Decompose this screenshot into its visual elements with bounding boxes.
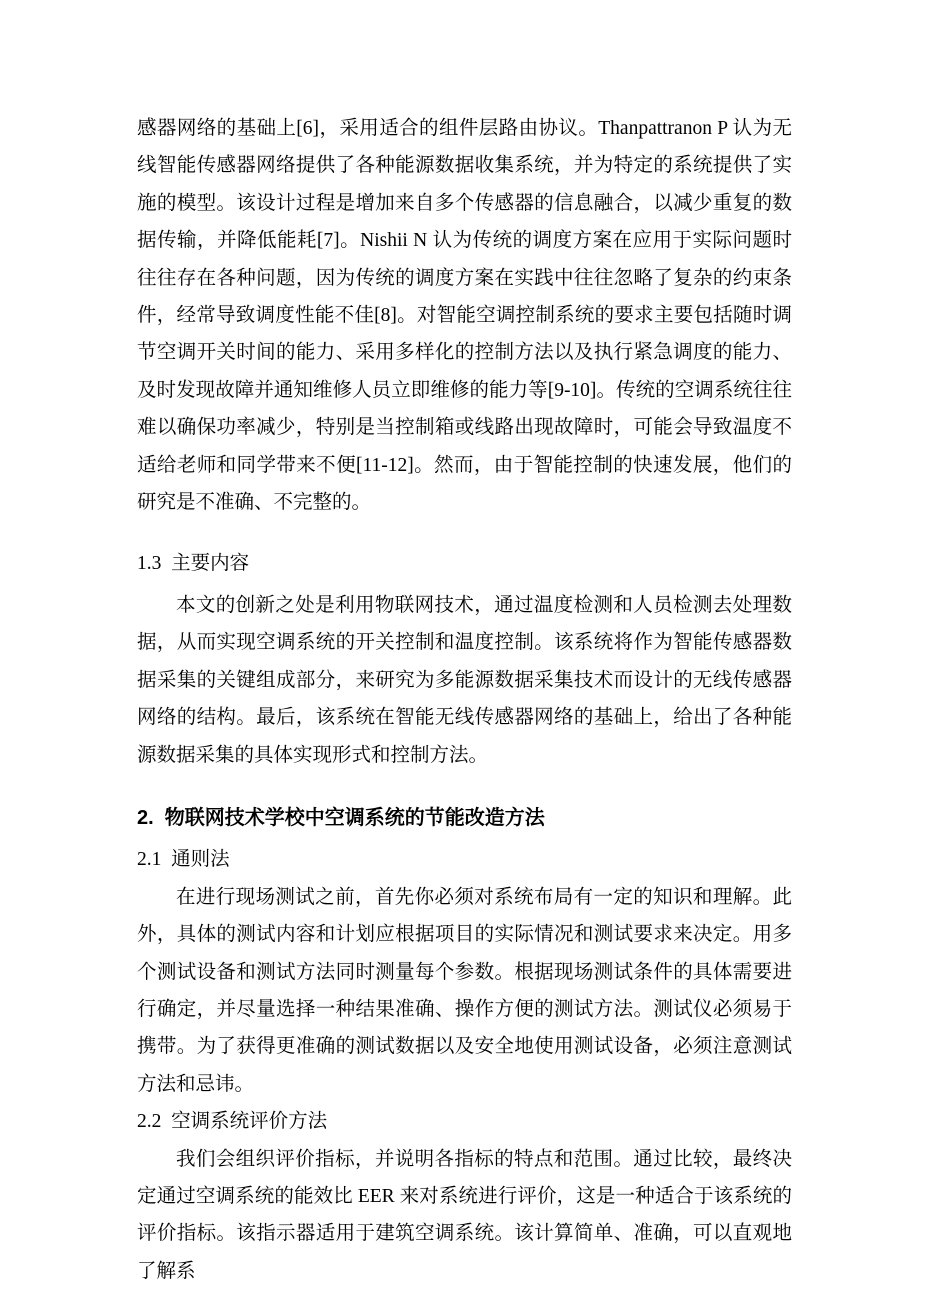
heading-section-2-2: 2.2 空调系统评价方法 bbox=[137, 1103, 792, 1140]
paragraph-evaluation-method: 我们会组织评价指标，并说明各指标的特点和范围。通过比较，最终决定通过空调系统的能… bbox=[137, 1141, 792, 1291]
heading-section-2-1: 2.1 通则法 bbox=[137, 841, 792, 878]
text-body: 感器网络的基础上[6]，采用适合的组件层路由协议。Thanpattranon P… bbox=[137, 110, 792, 1290]
heading-section-2: 2. 物联网技术学校中空调系统的节能改造方法 bbox=[137, 800, 792, 837]
document-page: { "colors": { "page_background": "#fffff… bbox=[0, 0, 926, 1309]
paragraph-literature-review: 感器网络的基础上[6]，采用适合的组件层路由协议。Thanpattranon P… bbox=[137, 110, 792, 521]
paragraph-main-content: 本文的创新之处是利用物联网技术，通过温度检测和人员检测去处理数据，从而实现空调系… bbox=[137, 587, 792, 774]
paragraph-general-rules: 在进行现场测试之前，首先你必须对系统布局有一定的知识和理解。此外，具体的测试内容… bbox=[137, 879, 792, 1103]
heading-section-1-3: 1.3 主要内容 bbox=[137, 545, 792, 582]
